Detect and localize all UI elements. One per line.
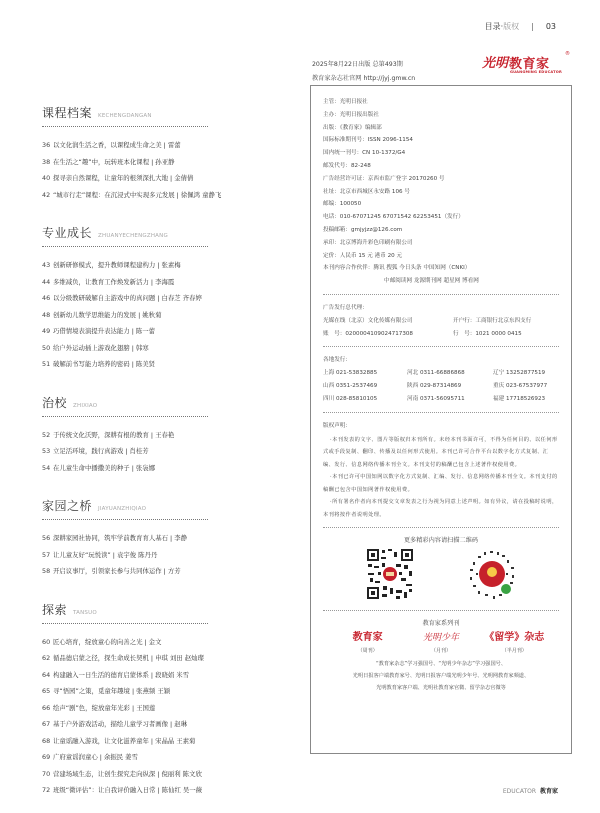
masthead-row: 出版：《教育家》编辑部 (323, 122, 559, 135)
page-footer: EDUCATOR 教育家 (503, 786, 558, 795)
section-header: 家园之桥JIAYUANZHIQIAO (42, 497, 208, 520)
masthead-row: 承印：北京博海升彩色印刷有限公司 (323, 237, 559, 250)
table-of-contents: 课程档案KECHENGDANGAN36以文化润生活之香，以课程成生命之美 | 雷… (42, 104, 208, 813)
toc-page-number: 57 (42, 547, 53, 564)
distribution-contact: 上海 021-53832885 (323, 367, 407, 380)
section-title: 探索 (42, 601, 67, 618)
toc-page-number: 66 (42, 700, 53, 717)
toc-entry-title: 以文化润生活之香，以课程成生命之美 | 雷蕾 (53, 141, 181, 149)
divider (323, 610, 559, 611)
footer-en: EDUCATOR (503, 788, 536, 795)
divider (323, 346, 559, 347)
series-item: 光明少年 （月刊） (406, 631, 476, 654)
distribution-contact: 陕西 029-87314869 (407, 380, 493, 393)
section-title: 课程档案 (42, 104, 92, 121)
section-header: 课程档案KECHENGDANGAN (42, 104, 208, 127)
series-frequency: （半月刊） (479, 647, 549, 654)
toc-entry-title: 开启议事厅，引领家长参与共同体运作 | 方芳 (53, 567, 181, 575)
copyright-statement: ·本刊发表的文字、图片等版权归本刊所有。未经本刊书面许可，不得为任何目的、以任何… (323, 434, 559, 522)
logo-english: GUANGMING EDUCATOR (510, 70, 562, 74)
masthead-box: 主管：光明日报社主办：光明日报出版社出版：《教育家》编辑部国际标准期刊号：ISS… (310, 85, 572, 754)
toc-entry[interactable]: 44多维减负，让教育工作焕发新活力 | 李海霞 (42, 274, 208, 291)
toc-entry[interactable]: 42“城市行走”课程：在沉浸式中实现多元发展 | 徐佩鸿 童静飞 (42, 187, 208, 204)
issue-info: 2025年8月22日出版 总第493期 教育家杂志社官网 http://jyj.… (312, 58, 415, 86)
toc-entry-title: 给户外运动插上游戏化翅膀 | 韩寒 (53, 344, 149, 352)
toc-page-number: 60 (42, 634, 53, 651)
toc-entry[interactable]: 67基于户外游戏活动，描绘儿童学习者画像 | 赵琳 (42, 716, 208, 733)
toc-page-number: 53 (42, 443, 53, 460)
running-head-section: 目录 (485, 22, 501, 31)
distribution-contact: 福建 17718526923 (493, 393, 545, 406)
series-item: 教育家 （周刊） (333, 631, 403, 654)
section-title: 治校 (42, 394, 67, 411)
ad-agent-bank-no: 行 号：1021 0000 0415 (453, 328, 522, 341)
toc-entry[interactable]: 70营建场域生态，让创生探究走向纵深 | 倪丽利 陈文欣 (42, 766, 208, 783)
toc-entry-title: 营建场域生态，让创生探究走向纵深 | 倪丽利 陈文欣 (53, 770, 202, 778)
toc-page-number: 50 (42, 340, 53, 357)
toc-page-number: 54 (42, 460, 53, 477)
distribution-row: 四川 028-85810105河南 0371-56095711福建 177185… (323, 393, 559, 406)
masthead-row: 国际标准期刊号：ISSN 2096-1154 (323, 134, 559, 147)
distribution-row: 上海 021-53832885河北 0311-66886868辽宁 132528… (323, 367, 559, 380)
toc-entry[interactable]: 43创新研修模式，提升教师课程建构力 | 张素梅 (42, 257, 208, 274)
toc-entry[interactable]: 58开启议事厅，引领家长参与共同体运作 | 方芳 (42, 563, 208, 580)
section-pinyin: TANSUO (73, 610, 97, 616)
series-name: 《留学》杂志 (479, 631, 549, 645)
toc-entry-title: 广府童谣润童心 | 余振民 姜雪 (53, 753, 138, 761)
copyright-title: 版权声明： (323, 420, 559, 432)
ad-agent-bank: 开户行：工商银行北京东四支行 (453, 315, 531, 328)
toc-page-number: 48 (42, 307, 53, 324)
series-title: 教育家系列刊 (323, 618, 559, 627)
ad-agent-account: 账 号：0200004109024717308 (323, 328, 453, 341)
masthead-row: 主办：光明日报出版社 (323, 109, 559, 122)
toc-entry[interactable]: 62循品德启蒙之径，探生命成长契机 | 申琪 刘田 赵灿璨 (42, 650, 208, 667)
toc-entry-title: 立足活环境，践行真游戏 | 肖桂芳 (53, 447, 149, 455)
toc-entry-title: 让儿童友好“玩悦读” | 袁宇俊 陈丹丹 (53, 551, 157, 559)
toc-entry-title: 绘声“剧”色，绽放童年光彩 | 王国莲 (53, 704, 155, 712)
toc-page-number: 68 (42, 733, 53, 750)
toc-entry[interactable]: 49巧借情境表演提升表达能力 | 陈一蕾 (42, 323, 208, 340)
series-item: 《留学》杂志 （半月刊） (479, 631, 549, 654)
distribution-contact: 四川 028-85810105 (323, 393, 407, 406)
toc-entry-title: 构建融入一日生活的德育启蒙体系 | 段晓娟 米雪 (53, 671, 189, 679)
toc-entry-title: 在生活之“趣”中，玩转班本化课程 | 孙亚静 (53, 158, 174, 166)
toc-entry[interactable]: 52于传统文化沃野，深耕有根的教育 | 王春艳 (42, 427, 208, 444)
mini-program-code-icon (468, 548, 516, 600)
toc-page-number: 62 (42, 650, 53, 667)
toc-entry[interactable]: 72班级“微评估”：让自我评价融入日常 | 陈仙红 吴一薇 (42, 782, 208, 799)
masthead-row: 投稿邮箱：gmjyjzz@126.com (323, 224, 559, 237)
toc-entry-title: 以分级教研破解自主游戏中的真问题 | 白春芝 齐春婷 (53, 294, 202, 302)
distribution-contact: 河北 0311-66886868 (407, 367, 493, 380)
toc-entry[interactable]: 56深耕家园社协同，筑牢学前教育育人基石 | 李静 (42, 530, 208, 547)
series-frequency: （月刊） (406, 647, 476, 654)
toc-entry-title: 创新幼儿数学思维能力的发展 | 姚秋菊 (53, 311, 161, 319)
distribution-contact: 山西 0351-2537469 (323, 380, 407, 393)
toc-entry-title: 巧借情境表演提升表达能力 | 陈一蕾 (53, 327, 155, 335)
section-header: 探索TANSUO (42, 601, 208, 624)
toc-page-number: 44 (42, 274, 53, 291)
section-title: 家园之桥 (42, 497, 92, 514)
ad-agent-title: 广告发行总代理： (323, 302, 559, 315)
wechat-qr-code-icon (366, 548, 414, 600)
toc-entry[interactable]: 38在生活之“趣”中，玩转班本化课程 | 孙亚静 (42, 154, 208, 171)
masthead-row: 邮发代号：82-248 (323, 160, 559, 173)
toc-entry[interactable]: 66绘声“剧”色，绽放童年光彩 | 王国莲 (42, 700, 208, 717)
copyright-paragraph: ·本刊已许可中国知网以数字化方式复制、汇编、发行、信息网络传播本刊全文。本刊支付… (323, 471, 559, 496)
toc-page-number: 72 (42, 782, 53, 799)
divider (323, 294, 559, 295)
running-head-sub: 版权 (503, 22, 519, 31)
toc-section: 专业成长ZHUANYECHENGZHANG43创新研修模式，提升教师课程建构力 … (42, 224, 208, 373)
divider: | (531, 22, 534, 31)
section-pinyin: ZHIXIAO (73, 403, 97, 409)
toc-entry-title: 基于户外游戏活动，描绘儿童学习者画像 | 赵琳 (53, 720, 187, 728)
toc-page-number: 56 (42, 530, 53, 547)
masthead-row: 主管：光明日报社 (323, 96, 559, 109)
masthead-row: 国内统一刊号：CN 10-1372/G4 (323, 147, 559, 160)
distribution-contact: 河南 0371-56095711 (407, 393, 493, 406)
toc-entry[interactable]: 48创新幼儿数学思维能力的发展 | 姚秋菊 (42, 307, 208, 324)
ad-agent-company: 光媒在线（北京）文化传媒有限公司 (323, 315, 453, 328)
toc-page-number: 67 (42, 716, 53, 733)
divider (323, 412, 559, 413)
section-pinyin: JIAYUANZHIQIAO (98, 506, 146, 512)
toc-entry-title: 深耕家园社协同，筑牢学前教育育人基石 | 李静 (53, 534, 187, 542)
footer-cn: 教育家 (540, 788, 558, 795)
toc-entry-title: “城市行走”课程：在沉浸式中实现多元发展 | 徐佩鸿 童静飞 (53, 191, 221, 199)
toc-entry[interactable]: 68让童谣融入游戏，让文化滋养童年 | 宋晶晶 王素菊 (42, 733, 208, 750)
toc-entry-title: 班级“微评估”：让自我评价融入日常 | 陈仙红 吴一薇 (53, 786, 202, 794)
series-name: 光明少年 (406, 631, 476, 645)
masthead-row: 广告经营许可证：京西市监广登字 20170260 号 (323, 173, 559, 186)
toc-section: 课程档案KECHENGDANGAN36以文化润生活之香，以课程成生命之美 | 雷… (42, 104, 208, 203)
toc-page-number: 51 (42, 356, 53, 373)
divider (323, 527, 559, 528)
section-title: 专业成长 (42, 224, 92, 241)
toc-entry[interactable]: 64构建融入一日生活的德育启蒙体系 | 段晓娟 米雪 (42, 667, 208, 684)
toc-page-number: 38 (42, 154, 53, 171)
toc-entry[interactable]: 54在儿童生命中播撒美的种子 | 张袅娜 (42, 460, 208, 477)
toc-entry-title: 创新研修模式，提升教师课程建构力 | 张素梅 (53, 261, 181, 269)
toc-entry[interactable]: 69广府童谣润童心 | 余振民 姜雪 (42, 749, 208, 766)
toc-entry[interactable]: 50给户外运动插上游戏化翅膀 | 韩寒 (42, 340, 208, 357)
toc-entry-title: 于传统文化沃野，深耕有根的教育 | 王春艳 (53, 431, 174, 439)
masthead-row: 定价：人民币 15 元 港币 20 元 (323, 250, 559, 263)
channels-line: “教育家杂志”学习强国号、“光明少年杂志”学习强国号、 (323, 658, 559, 670)
section-header: 专业成长ZHUANYECHENGZHANG (42, 224, 208, 247)
distribution-contact: 辽宁 13252877519 (493, 367, 545, 380)
qr-title: 更多精彩内容请扫描二维码 (323, 535, 559, 544)
toc-page-number: 69 (42, 749, 53, 766)
toc-entry-title: 循品德启蒙之径，探生命成长契机 | 申琪 刘田 赵灿璨 (53, 654, 204, 662)
series-name: 教育家 (333, 631, 403, 645)
toc-page-number: 46 (42, 290, 53, 307)
distribution-contact: 重庆 023-67537977 (493, 380, 547, 393)
masthead-row: 邮编：100050 (323, 198, 559, 211)
section-pinyin: ZHUANYECHENGZHANG (98, 233, 168, 239)
toc-section: 探索TANSUO60匠心培育，绽放童心的向善之光 | 金文62循品德启蒙之径，探… (42, 601, 208, 799)
toc-page-number: 70 (42, 766, 53, 783)
running-head: 目录·版权 | 03 (485, 21, 556, 32)
copyright-paragraph: ·所有署名作者向本刊提交文章发表之行为视为同意上述声明。如有异议，请在投稿时说明… (323, 496, 559, 521)
toc-entry-title: 探寻亲自然课程，让童年的根须深扎大地 | 金倩倩 (53, 174, 193, 182)
toc-page-number: 64 (42, 667, 53, 684)
masthead-row: 社址：北京市西城区永安路 106 号 (323, 186, 559, 199)
toc-entry-title: 多维减负，让教育工作焕发新活力 | 李海霞 (53, 278, 174, 286)
magazine-logo: 光明 教育家 ® GUANGMING EDUCATOR (482, 52, 572, 82)
registered-icon: ® (565, 51, 570, 57)
page-number: 03 (546, 22, 556, 31)
toc-entry[interactable]: 65寻“悟园”之策，觅童年趣境 | 张燕频 王颖 (42, 683, 208, 700)
toc-entry[interactable]: 46以分级教研破解自主游戏中的真问题 | 白春芝 齐春婷 (42, 290, 208, 307)
series-frequency: （周刊） (333, 647, 403, 654)
toc-entry[interactable]: 53立足活环境，践行真游戏 | 肖桂芳 (42, 443, 208, 460)
toc-page-number: 36 (42, 137, 53, 154)
toc-section: 治校ZHIXIAO52于传统文化沃野，深耕有根的教育 | 王春艳53立足活环境，… (42, 394, 208, 477)
toc-page-number: 52 (42, 427, 53, 444)
copyright-paragraph: ·本刊发表的文字、图片等版权归本刊所有。未经本刊书面许可，不得为任何目的、以任何… (323, 434, 559, 472)
toc-entry[interactable]: 51破解前书写能力培养的密码 | 陈美贤 (42, 356, 208, 373)
website-link[interactable]: 教育家杂志社官网 http://jyj.gmw.cn (312, 72, 415, 86)
toc-page-number: 49 (42, 323, 53, 340)
distribution-row: 山西 0351-2537469陕西 029-87314869重庆 023-675… (323, 380, 559, 393)
channels: “教育家杂志”学习强国号、“光明少年杂志”学习强国号、 光明日报客户端教育家号、… (323, 658, 559, 694)
masthead-row: 电话：010-67071245 67071542 62253451（发行） (323, 211, 559, 224)
qr-codes (323, 548, 559, 604)
toc-page-number: 40 (42, 170, 53, 187)
toc-page-number: 43 (42, 257, 53, 274)
partners-line-2: 中邮阅读网 龙源期刊网 超星网 博看网 (323, 275, 559, 288)
toc-entry-title: 让童谣融入游戏，让文化滋养童年 | 宋晶晶 王素菊 (53, 737, 195, 745)
toc-entry-title: 破解前书写能力培养的密码 | 陈美贤 (53, 360, 155, 368)
toc-section: 家园之桥JIAYUANZHIQIAO56深耕家园社协同，筑牢学前教育育人基石 |… (42, 497, 208, 580)
toc-entry-title: 在儿童生命中播撒美的种子 | 张袅娜 (53, 464, 155, 472)
section-pinyin: KECHENGDANGAN (98, 113, 152, 119)
toc-entry[interactable]: 36以文化润生活之香，以课程成生命之美 | 雷蕾 (42, 137, 208, 154)
channels-line: 光明日报客户端教育家号、光明日报客户端光明少年号、光明网教育家频道、 (323, 670, 559, 682)
toc-entry-title: 寻“悟园”之策，觅童年趣境 | 张燕频 王颖 (53, 687, 170, 695)
toc-entry[interactable]: 60匠心培育，绽放童心的向善之光 | 金文 (42, 634, 208, 651)
toc-page-number: 42 (42, 187, 53, 204)
toc-entry[interactable]: 57让儿童友好“玩悦读” | 袁宇俊 陈丹丹 (42, 547, 208, 564)
toc-page-number: 58 (42, 563, 53, 580)
channels-line: 光明教育家客户端、光明社教育家官微、留学杂志官微等 (323, 682, 559, 694)
toc-entry[interactable]: 40探寻亲自然课程，让童年的根须深扎大地 | 金倩倩 (42, 170, 208, 187)
logo-script: 光明 (482, 52, 508, 71)
issue-date: 2025年8月22日出版 总第493期 (312, 58, 415, 72)
section-header: 治校ZHIXIAO (42, 394, 208, 417)
toc-entry-title: 匠心培育，绽放童心的向善之光 | 金文 (53, 638, 161, 646)
series-list: 教育家 （周刊） 光明少年 （月刊） 《留学》杂志 （半月刊） (323, 631, 559, 654)
distribution-title: 各地发行： (323, 354, 559, 367)
toc-page-number: 65 (42, 683, 53, 700)
masthead-row: 本刊内容合作伙伴：腾讯 搜狐 今日头条 中国知网（CNKI） (323, 262, 559, 275)
